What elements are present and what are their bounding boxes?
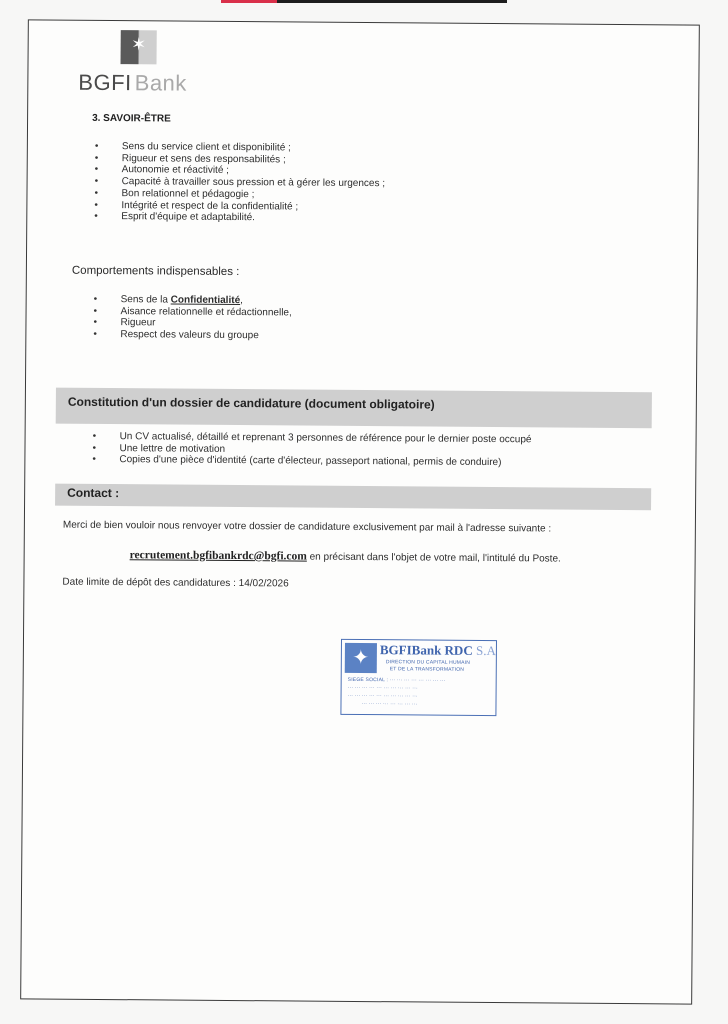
- list-item: Esprit d'équipe et adaptabilité.: [94, 211, 385, 225]
- contact-section-header: Contact :: [55, 484, 651, 511]
- application-section-header: Constitution d'un dossier de candidature…: [56, 388, 652, 429]
- behaviors-list: Sens de la Confidentialité, Aisance rela…: [93, 294, 292, 342]
- section-title-savoir-etre: 3. SAVOIR-ÊTRE: [92, 113, 171, 125]
- application-title: Constitution d'un dossier de candidature…: [68, 395, 435, 412]
- application-deadline: Date limite de dépôt des candidatures : …: [62, 577, 288, 590]
- stamp-line: ··· ··· ··· ··· ··· ··· ··· ··· ··· ···: [348, 685, 492, 692]
- contact-title: Contact :: [67, 486, 119, 500]
- contact-intro: Merci de bien vouloir nous renvoyer votr…: [63, 520, 551, 535]
- contact-email-link[interactable]: recrutement.bgfibankrdc@bgfi.com: [130, 549, 307, 562]
- list-item-text: Sens de la: [121, 294, 171, 305]
- document-page: ✶ BGFIBank 3. SAVOIR-ÊTRE Sens du servic…: [20, 19, 700, 1004]
- stamp-title: BGFIBank RDC S.A: [380, 642, 496, 659]
- list-item-punct: ,: [240, 295, 243, 306]
- brand-name-bold: BGFI: [78, 70, 132, 95]
- brand-name: BGFIBank: [78, 70, 187, 97]
- stamp-line: SIEGE SOCIAL : ··· ··· ··· ··· ··· ··· ·…: [348, 677, 492, 684]
- top-progress-accent: [221, 0, 277, 3]
- contact-email-line: recrutement.bgfibankrdc@bgfi.com en préc…: [130, 549, 561, 564]
- bgfi-star-icon: ✶: [121, 30, 157, 64]
- savoir-etre-list: Sens du service client et disponibilité …: [94, 141, 385, 225]
- stamp-star-icon: ✦: [345, 643, 377, 673]
- company-stamp: ✦ BGFIBank RDC S.A DIRECTION DU CAPITAL …: [340, 639, 497, 716]
- stamp-line: ··· ··· ··· ··· ··· ··· ··· ···: [361, 701, 491, 708]
- stamp-line: ··· ··· ··· ··· ··· ··· ··· ··· ··· ···: [348, 693, 492, 700]
- stamp-line: ET DE LA TRANSFORMATION: [390, 666, 464, 673]
- application-documents-list: Un CV actualisé, détaillé et reprenant 3…: [92, 431, 531, 470]
- emphasis-confidentialite: Confidentialité: [171, 295, 241, 307]
- list-item: Copies d'une pièce d'identité (carte d'é…: [92, 454, 531, 469]
- contact-email-suffix: en précisant dans l'objet de votre mail,…: [307, 552, 561, 565]
- behaviors-title: Comportements indispensables :: [72, 265, 240, 278]
- stamp-line: DIRECTION DU CAPITAL HUMAIN: [386, 659, 470, 666]
- brand-name-light: Bank: [135, 70, 187, 95]
- top-progress-bar: [221, 0, 507, 3]
- list-item: Respect des valeurs du groupe: [93, 329, 291, 342]
